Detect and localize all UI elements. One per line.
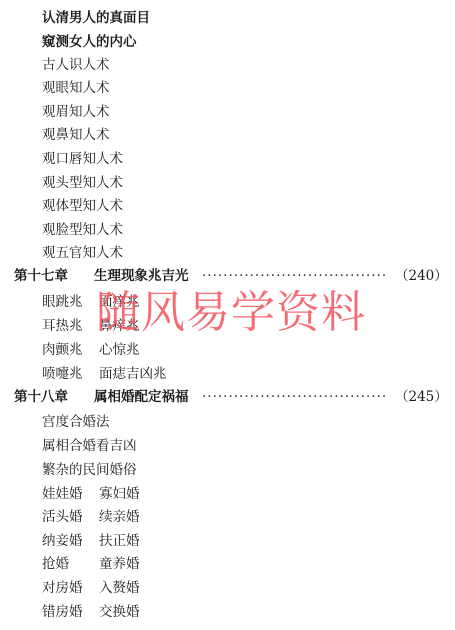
toc-pair: 娃娃婚寡妇婚 — [42, 486, 140, 502]
toc-item: 观头型知人术 — [42, 175, 123, 191]
toc-item: 纳妾婚 — [42, 533, 99, 549]
chapter-number: 第十七章 — [14, 268, 94, 284]
toc-pair: 抢婚童养婚 — [42, 556, 140, 572]
chapter-title: 生理现象兆吉光 — [94, 268, 189, 284]
toc-item: 心惊兆 — [99, 342, 140, 358]
toc-item: 入赘婚 — [99, 580, 140, 596]
toc-item: 活头婚 — [42, 509, 99, 525]
toc-item: 观眼知人术 — [42, 80, 110, 96]
page-number: （245） — [395, 389, 448, 405]
toc-item: 面痣吉凶兆 — [99, 366, 167, 382]
chapter-number: 第十八章 — [14, 389, 94, 405]
toc-item: 属相合婚看吉凶 — [42, 438, 137, 454]
toc-item: 童养婚 — [99, 556, 140, 572]
toc-item: 抢婚 — [42, 556, 99, 572]
watermark: 随风易学资料 — [96, 288, 366, 338]
toc-item: 认清男人的真面目 — [42, 10, 150, 26]
toc-item: 观五官知人术 — [42, 245, 123, 261]
toc-item: 观眉知人术 — [42, 104, 110, 120]
toc-item: 观体型知人术 — [42, 198, 123, 214]
toc-item: 肉颤兆 — [42, 342, 99, 358]
toc-pair: 错房婚交换婚 — [42, 604, 140, 620]
toc-item: 娃娃婚 — [42, 486, 99, 502]
toc-item: 观口唇知人术 — [42, 151, 123, 167]
toc-item: 交换婚 — [99, 604, 140, 620]
toc-item: 观鼻知人术 — [42, 127, 110, 143]
chapter-heading: 第十八章属相婚配定祸福 ····························… — [14, 389, 455, 405]
toc-pair: 对房婚入赘婚 — [42, 580, 140, 596]
toc-pair: 活头婚续亲婚 — [42, 509, 140, 525]
toc-item: 寡妇婚 — [99, 486, 140, 502]
toc-item: 对房婚 — [42, 580, 99, 596]
toc-item: 繁杂的民间婚俗 — [42, 462, 137, 478]
chapter-heading: 第十七章生理现象兆吉光 ····························… — [14, 268, 455, 284]
toc-item: 耳热兆 — [42, 318, 99, 334]
toc-pair: 肉颤兆心惊兆 — [42, 342, 140, 358]
toc-item: 错房婚 — [42, 604, 99, 620]
toc-pair: 喷嚏兆面痣吉凶兆 — [42, 366, 167, 382]
leader-dots: ········································… — [202, 268, 388, 284]
toc-item: 喷嚏兆 — [42, 366, 99, 382]
toc-item: 观脸型知人术 — [42, 222, 123, 238]
leader-dots: ········································… — [202, 389, 388, 405]
toc-item: 眼跳兆 — [42, 294, 99, 310]
toc-item: 扶正婚 — [99, 533, 140, 549]
toc-item: 续亲婚 — [99, 509, 140, 525]
chapter-title: 属相婚配定祸福 — [94, 389, 189, 405]
toc-pair: 纳妾婚扶正婚 — [42, 533, 140, 549]
toc-item: 古人识人术 — [42, 57, 110, 73]
page-number: （240） — [395, 268, 448, 284]
toc-item: 窥测女人的内心 — [42, 34, 137, 50]
toc-item: 宫度合婚法 — [42, 414, 110, 430]
